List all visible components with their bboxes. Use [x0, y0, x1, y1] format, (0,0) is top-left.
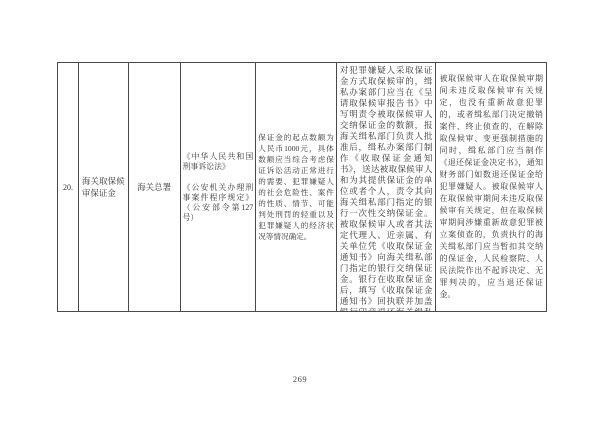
- row-number: 20.: [59, 182, 77, 193]
- cell-row-number: 20.: [58, 63, 79, 311]
- authority-name: 海关总署: [131, 182, 178, 193]
- cell-refund-rules: 被取保候审人在取保候审期间未违反取保候审有关规定，也没有重新故意犯罪的，或者缉私…: [436, 63, 546, 311]
- regulation-table: 20. 海关取保候审保证金 海关总署 《中华人民共和国刑事诉讼法》 《公安机关办…: [57, 62, 547, 312]
- deposit-standard-text: 保证金的起点数额为人民币1000元，具体数额应当综合考虑保证诉讼活动正常进行的需…: [258, 132, 334, 242]
- cell-deposit-standard: 保证金的起点数额为人民币1000元，具体数额应当综合考虑保证诉讼活动正常进行的需…: [256, 63, 337, 311]
- page-number: 269: [0, 374, 600, 384]
- legal-basis-law-1: 《中华人民共和国刑事诉讼法》: [183, 152, 254, 172]
- refund-rules-text: 被取保候审人在取保候审期间未违反取保候审有关规定，也没有重新故意犯罪的，或者缉私…: [439, 73, 543, 301]
- cell-legal-basis: 《中华人民共和国刑事诉讼法》 《公安机关办理刑事案件程序规定》（公安部令第127…: [181, 63, 257, 311]
- cell-collection-procedure: 对犯罪嫌疑人采取保证金方式取保候审的，缉私办案部门应当在《呈请取保候审报告书》中…: [337, 63, 437, 311]
- cell-item-name: 海关取保候审保证金: [79, 63, 129, 311]
- document-page: 20. 海关取保候审保证金 海关总署 《中华人民共和国刑事诉讼法》 《公安机关办…: [0, 0, 600, 424]
- collection-procedure-text: 对犯罪嫌疑人采取保证金方式取保候审的，缉私办案部门应当在《呈请取保候审报告书》中…: [340, 65, 433, 311]
- legal-basis-law-2: 《公安机关办理刑事案件程序规定》（公安部令第127号）: [183, 183, 254, 223]
- cell-authority: 海关总署: [129, 63, 181, 311]
- item-name: 海关取保候审保证金: [82, 175, 125, 199]
